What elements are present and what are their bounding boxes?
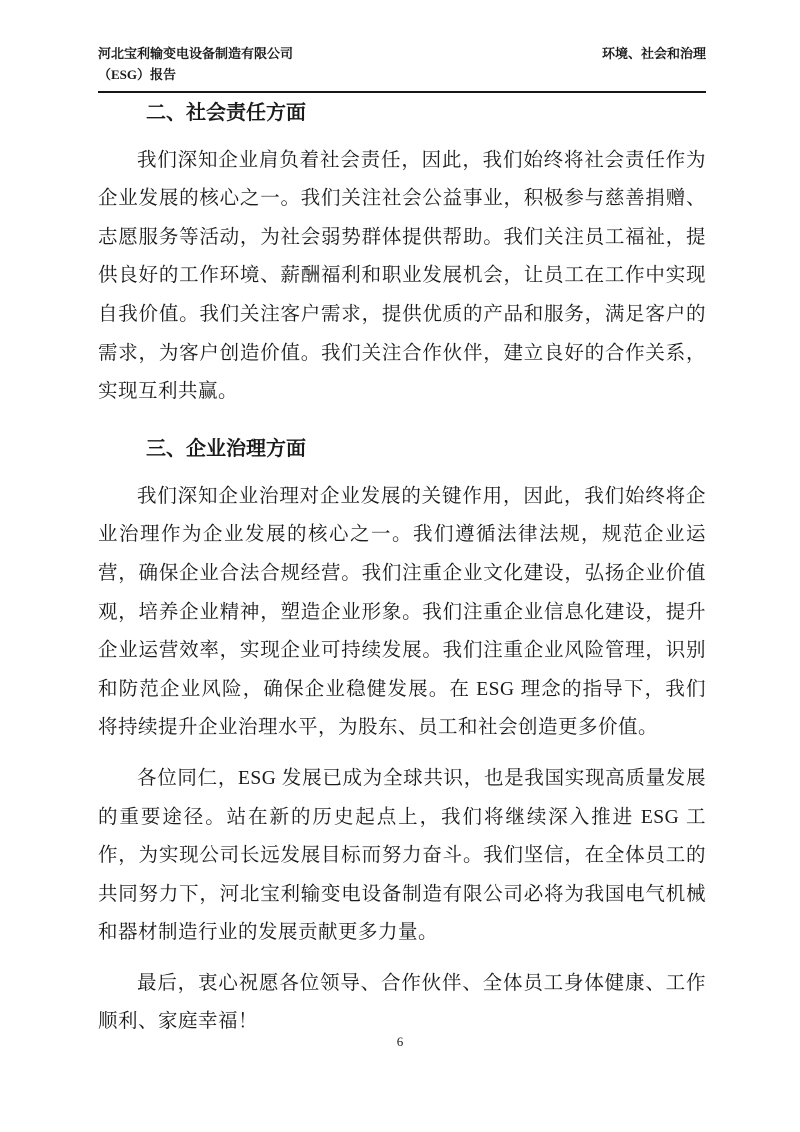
paragraph-social-responsibility: 我们深知企业肩负着社会责任，因此，我们始终将社会责任作为企业发展的核心之一。我们…: [98, 142, 706, 412]
section-heading-corporate-governance: 三、企业治理方面: [98, 434, 706, 464]
paragraph-corporate-governance: 我们深知企业治理对企业发展的关键作用，因此，我们始终将企业治理作为企业发展的核心…: [98, 478, 706, 748]
header-company-name: 河北宝利输变电设备制造有限公司: [98, 44, 293, 65]
header-report-label: （ESG）报告: [98, 65, 293, 86]
paragraph-closing-wishes: 最后，衷心祝愿各位领导、合作伙伴、全体员工身体健康、工作顺利、家庭幸福！: [98, 965, 706, 1042]
page-number: 6: [0, 1034, 800, 1050]
header-left-block: 河北宝利输变电设备制造有限公司 （ESG）报告: [98, 44, 293, 86]
paragraph-esg-outlook: 各位同仁，ESG 发展已成为全球共识，也是我国实现高质量发展的重要途径。站在新的…: [98, 760, 706, 953]
header-document-title: 环境、社会和治理: [602, 44, 706, 65]
document-page: 河北宝利输变电设备制造有限公司 （ESG）报告 环境、社会和治理 二、社会责任方…: [0, 0, 800, 1132]
page-header: 河北宝利输变电设备制造有限公司 （ESG）报告 环境、社会和治理: [98, 44, 706, 93]
document-body: 二、社会责任方面 我们深知企业肩负着社会责任，因此，我们始终将社会责任作为企业发…: [98, 98, 706, 1042]
section-heading-social-responsibility: 二、社会责任方面: [98, 98, 706, 128]
